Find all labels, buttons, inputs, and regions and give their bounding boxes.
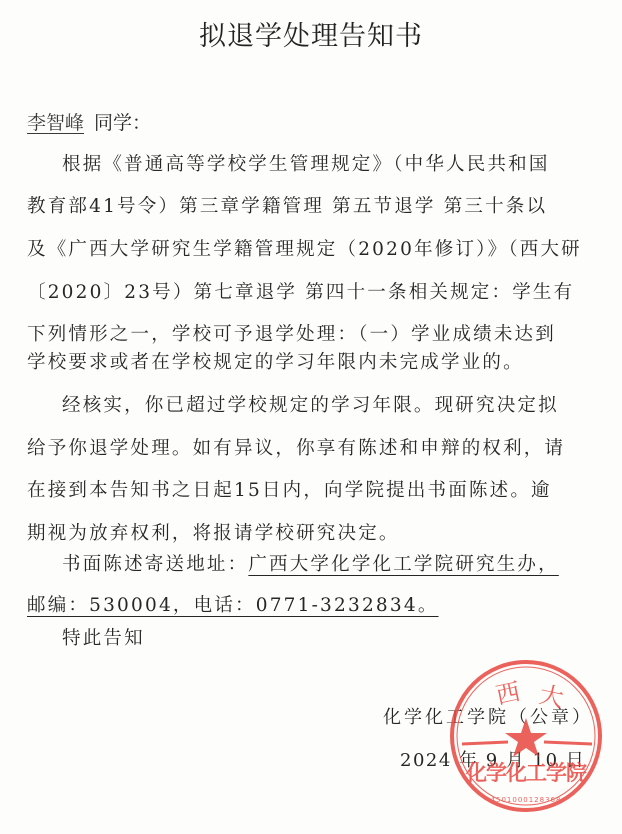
- address-value: 广西大学化学化工学院研究生办，: [248, 554, 559, 575]
- address-label: 书面陈述寄送地址：: [62, 554, 248, 575]
- paragraph-2-line: 给予你退学处理。如有异议，你享有陈述和申辩的权利，请: [27, 434, 565, 460]
- address-contact: 邮编：530004，电话：0771-3232834。: [27, 591, 439, 617]
- paragraph-1-line: 下列情形之一，学校可予退学处理：（一）学业成绩未达到: [27, 320, 556, 346]
- student-name: 李智峰: [27, 112, 94, 134]
- document-title: 拟退学处理告知书: [0, 14, 622, 53]
- paragraph-1-line: 学校要求或者在学校规定的学习年限内未完成学业的。: [27, 348, 524, 374]
- paragraph-2-line: 期视为放弃权利，将报请学校研究决定。: [27, 519, 400, 545]
- paragraph-1-line: 及《广西大学研究生学籍管理规定（2020年修订）》（西大研: [27, 235, 582, 261]
- paragraph-2-line: 经核实，你已超过学校规定的学习年限。现研究决定拟: [62, 391, 559, 417]
- svg-text:西: 西: [493, 677, 522, 709]
- salutation: 李智峰同学：: [27, 108, 151, 135]
- svg-text:大: 大: [537, 680, 566, 712]
- address-line: 书面陈述寄送地址：广西大学化学化工学院研究生办，: [62, 550, 559, 576]
- paragraph-2-line: 在接到本告知书之日起15日内，向学院提出书面陈述。逾: [27, 476, 552, 502]
- salutation-suffix: 同学：: [94, 112, 151, 134]
- paragraph-1-line: 根据《普通高等学校学生管理规定》（中华人民共和国: [62, 150, 550, 176]
- svg-text:化学化工学院: 化学化工学院: [465, 761, 587, 785]
- closing-text: 特此告知: [62, 624, 145, 650]
- svg-text:4501000128368: 4501000128368: [491, 796, 562, 804]
- paragraph-1-line: 教育部41号令）第三章学籍管理 第五节退学 第三十条以: [27, 192, 547, 218]
- official-seal-icon: 西 大 化学化工学院 4501000128368: [446, 656, 606, 816]
- paragraph-1-line: 〔2020〕23号）第七章退学 第四十一条相关规定：学生有: [27, 278, 574, 304]
